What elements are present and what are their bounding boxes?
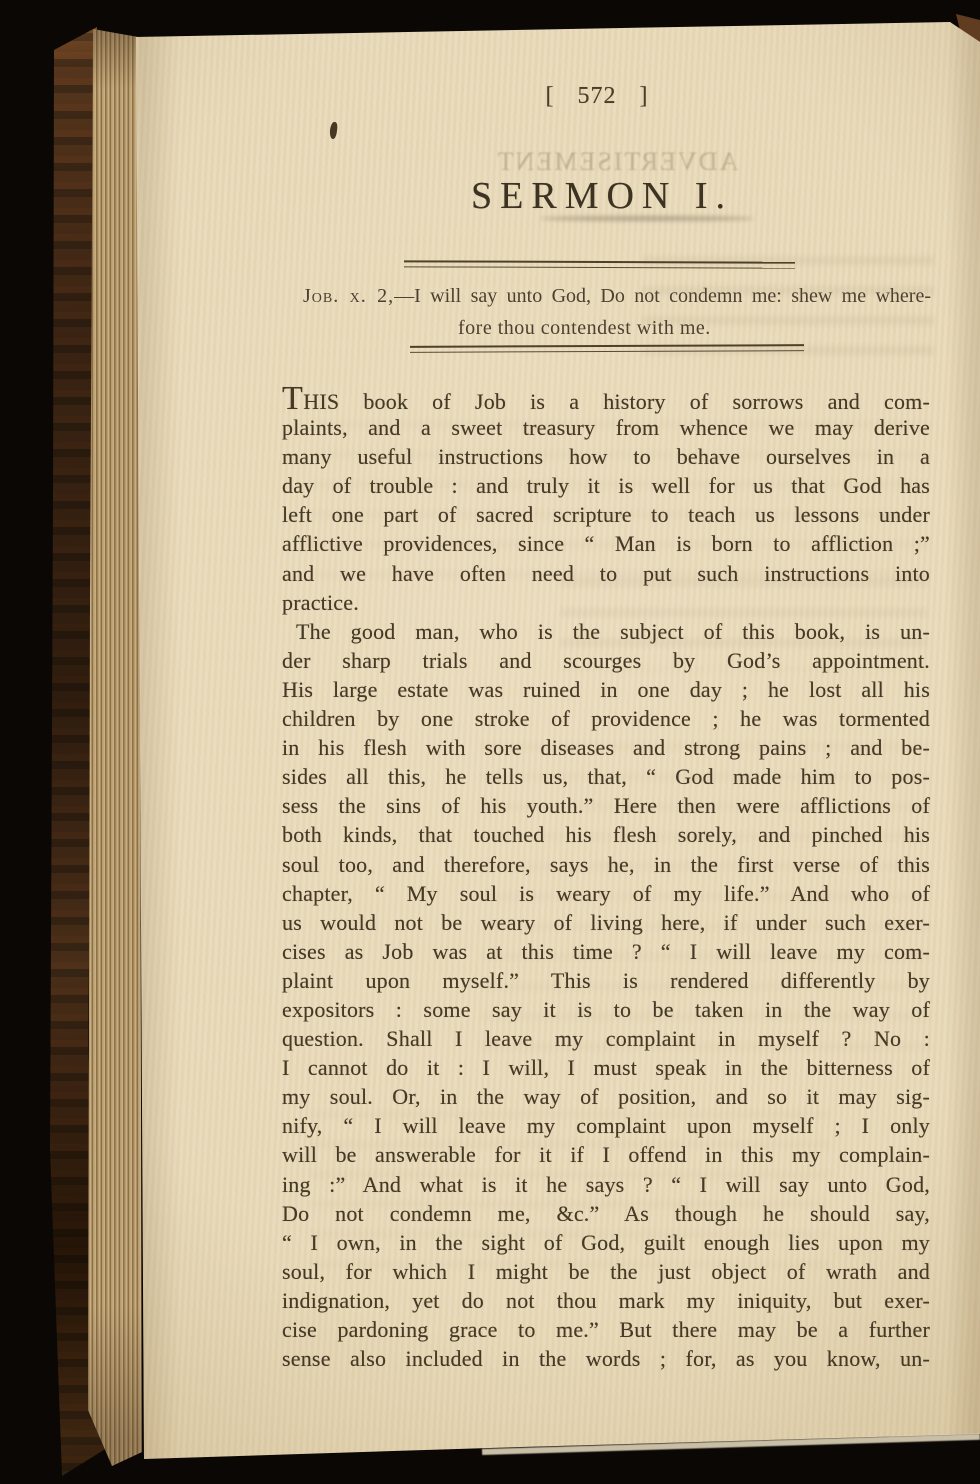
text-line: sides all this, he tells us, that, “ God… <box>282 762 930 791</box>
text-line: sense also included in the words ; for, … <box>282 1344 930 1373</box>
text-line: many useful instructions how to behave o… <box>282 442 930 471</box>
sermon-body: THIS book of Job is a history of sorrows… <box>282 384 930 1373</box>
text-line: cises as Job was at this time ? “ I will… <box>282 937 930 966</box>
book-photo: ADVERTISEMENT [ 572 ] SERMON I. Job. x. … <box>0 0 980 1484</box>
text-line: indignation, yet do not thou mark my ini… <box>282 1286 930 1315</box>
text-line: expositors : some say it is to be taken … <box>282 995 930 1024</box>
ghost-bleedthrough-text: ADVERTISEMENT <box>456 147 778 177</box>
text-line: The good man, who is the subject of this… <box>282 617 930 646</box>
text-line: nify, “ I will leave my complaint upon m… <box>282 1111 930 1140</box>
text-line: Do not condemn me, &c.” As though he sho… <box>282 1199 930 1228</box>
text-line: us would not be weary of living here, if… <box>282 908 930 937</box>
text-line: will be answerable for it if I offend in… <box>282 1140 930 1169</box>
text-line: soul, for which I might be the just obje… <box>282 1257 930 1286</box>
text-line: in his flesh with sore diseases and stro… <box>282 733 930 762</box>
page-title: SERMON I. <box>471 174 733 218</box>
text-line: ing :” And what is it he says ? “ I will… <box>282 1170 930 1199</box>
text-line: and we have often need to put such instr… <box>282 559 930 588</box>
body-paragraph-1: THIS book of Job is a history of sorrows… <box>282 384 930 617</box>
text-line-content: HIS book of Job is a history of sorrows … <box>303 389 930 414</box>
text-line: chapter, “ My soul is weary of my life.”… <box>282 879 930 908</box>
text-line: question. Shall I leave my complaint in … <box>282 1024 930 1053</box>
drop-cap: T <box>282 380 303 417</box>
text-line: plaint upon myself.” This is rendered di… <box>282 966 930 995</box>
text-line: day of trouble : and truly it is well fo… <box>282 471 930 500</box>
text-line: der sharp trials and scourges by God’s a… <box>282 646 930 675</box>
text-line: afflictive providences, since “ Man is b… <box>282 529 930 558</box>
text-line: plaints, and a sweet treasury from whenc… <box>282 413 930 442</box>
text-line: practice. <box>282 588 930 617</box>
page-number: [ 572 ] <box>524 83 670 110</box>
text-line: my soul. Or, in the way of position, and… <box>282 1082 930 1111</box>
text-line: both kinds, that touched his flesh sorel… <box>282 820 930 849</box>
scripture-reference: Job. x. 2, <box>303 285 394 307</box>
text-line: THIS book of Job is a history of sorrows… <box>282 384 930 413</box>
body-paragraph-2: The good man, who is the subject of this… <box>282 617 930 1373</box>
scripture-text: —I will say unto God, Do not condemn me:… <box>394 285 931 307</box>
text-line: children by one stroke of providence ; h… <box>282 704 930 733</box>
text-line: soul too, and therefore, says he, in the… <box>282 850 930 879</box>
scripture-epigraph-line-2: fore thou contendest with me. <box>458 317 711 340</box>
rule-top <box>404 260 795 268</box>
text-line: His large estate was ruined in one day ;… <box>282 675 930 704</box>
scripture-epigraph-line-1: Job. x. 2,—I will say unto God, Do not c… <box>303 285 931 308</box>
text-line: “ I own, in the sight of God, guilt enou… <box>282 1228 930 1257</box>
text-line: left one part of sacred scripture to tea… <box>282 500 930 529</box>
text-line: I cannot do it : I will, I must speak in… <box>282 1053 930 1082</box>
heading-smudge <box>540 216 754 221</box>
text-line: sess the sins of his youth.” Here then w… <box>282 791 930 820</box>
text-line: cise pardoning grace to me.” But there m… <box>282 1315 930 1344</box>
